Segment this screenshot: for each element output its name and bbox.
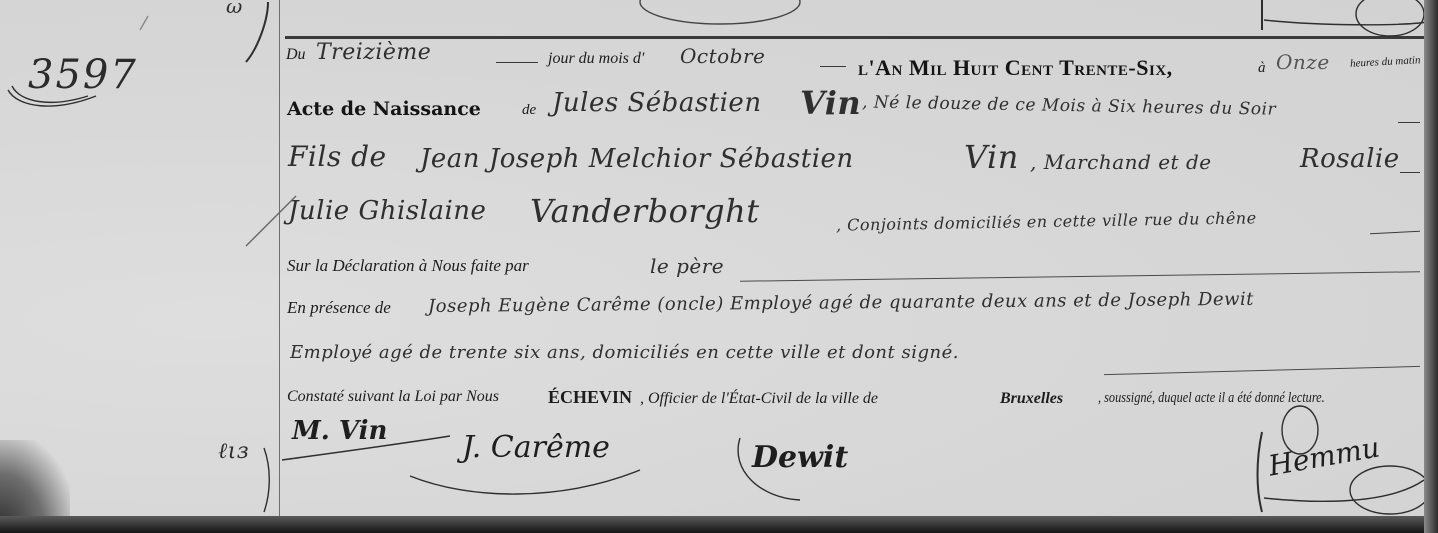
month-handwritten: Octobre [680,44,765,68]
signature-father: M. Vin [292,416,387,446]
top-entry-divider [285,36,1425,39]
line3-dash [1400,172,1420,173]
officer-title: ÉCHEVIN [548,387,632,408]
line2-dash [1398,122,1420,123]
hour-handwritten: Onze [1276,50,1330,74]
declaration-label: Sur la Déclaration à Nous faite par [287,256,529,276]
label-du: Du [286,46,306,64]
declaration-line [740,271,1420,281]
margin-rule [279,0,280,533]
declarant: le père [650,254,724,278]
page-bottom-edge [0,516,1438,533]
attestation-text-a: Constaté suivant la Loi par Nous [287,388,499,406]
witnesses-line-2: Employé agé de trente six ans, domicilié… [290,342,959,363]
page-right-edge [1424,0,1438,533]
line4-dash [1370,231,1420,235]
city: Bruxelles [1000,390,1063,408]
signature-officer: Hemmu [1266,431,1382,483]
child-given-names: Jules Sébastien [552,88,762,118]
margin-mark-bottom: ℓιз [218,438,249,464]
signature-witness-2: Dewit [752,440,848,475]
label-de: de [522,102,536,119]
birth-details: , Né le douze de ce Mois à Six heures du… [862,92,1276,119]
attestation-text-c: , soussigné, duquel acte il a été donné … [1098,390,1325,407]
mother-surname: Vanderborght [530,192,760,230]
mother-first-name: Rosalie [1300,144,1400,174]
label-fils-de: Fils de [288,140,387,173]
month-dash [820,66,846,67]
entry-number: 3597 [28,52,138,98]
label-heures-du-matin: heures du matin [1350,54,1421,70]
label-jour-du-mois: jour du mois d' [548,50,644,68]
father-occupation: , Marchand et de [1030,150,1212,174]
year-printed: l'An Mil Huit Cent Trente-Six, [858,55,1173,81]
day-handwritten: Treizième [316,40,431,65]
witnesses-line-1: Joseph Eugène Carême (oncle) Employé agé… [428,289,1254,317]
margin-mark-top: ω [226,0,243,18]
label-a: à [1258,60,1266,77]
father-given-names: Jean Joseph Melchior Sébastien [420,144,854,174]
parents-residence: , Conjoints domiciliés en cette ville ru… [836,208,1257,234]
signature-witness-1: J. Carême [462,430,610,465]
father-surname: Vin [964,138,1019,176]
witnesses-end-line [1104,366,1420,375]
register-page: 3597 ω ℓιз Du Treizième jour du mois d' … [0,0,1438,533]
mother-given-names: Julie Ghislaine [288,196,486,226]
day-dash [496,62,538,63]
witnesses-label: En présence de [287,298,391,318]
child-surname: Vin [800,84,861,122]
acte-de-naissance-label: Acte de Naissance [287,98,481,120]
attestation-text-b: , Officier de l'État-Civil de la ville d… [640,390,878,408]
